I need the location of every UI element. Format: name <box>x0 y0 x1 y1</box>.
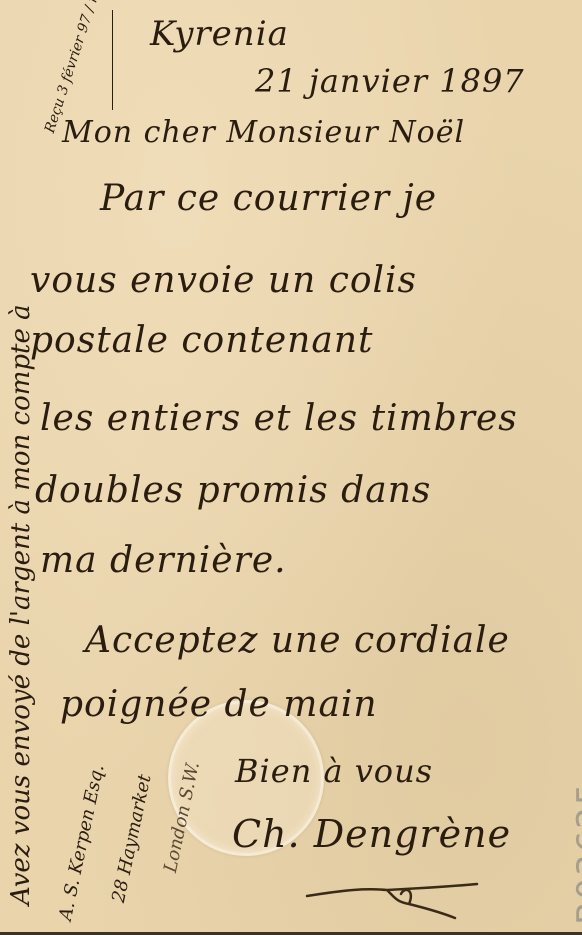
letter-place: Kyrenia <box>150 14 289 54</box>
letter-line: Acceptez une cordiale <box>85 620 510 661</box>
letter-line: Par ce courrier je <box>100 178 437 219</box>
address-line-name: A. S. Kerpen Esq. <box>55 763 109 923</box>
address-line-street: 28 Haymarket <box>108 772 156 904</box>
letter-line: doubles promis dans <box>35 470 431 511</box>
letter-date: 21 janvier 1897 <box>255 62 525 100</box>
letter-signature: Ch. Dengrène <box>232 812 511 856</box>
letter-closing: Bien à vous <box>235 752 433 790</box>
margin-note-vertical: Avez vous envoyé de l'argent à mon compt… <box>6 304 36 905</box>
signature-flourish-icon <box>305 880 480 920</box>
letter-line: vous envoie un colis <box>30 260 417 301</box>
letter-line: ma dernière. <box>40 540 287 581</box>
postcard: Reçu 3 février 97 / rép. Kyrenia 21 janv… <box>0 0 582 935</box>
letter-salutation: Mon cher Monsieur Noël <box>62 115 465 150</box>
letter-line: postale contenant <box>30 320 373 361</box>
letter-line: les entiers et les timbres <box>40 398 518 439</box>
receipt-divider-line <box>112 10 113 110</box>
letter-line: poignée de main <box>60 684 378 725</box>
archive-number-pencil: B03625 <box>570 782 582 925</box>
